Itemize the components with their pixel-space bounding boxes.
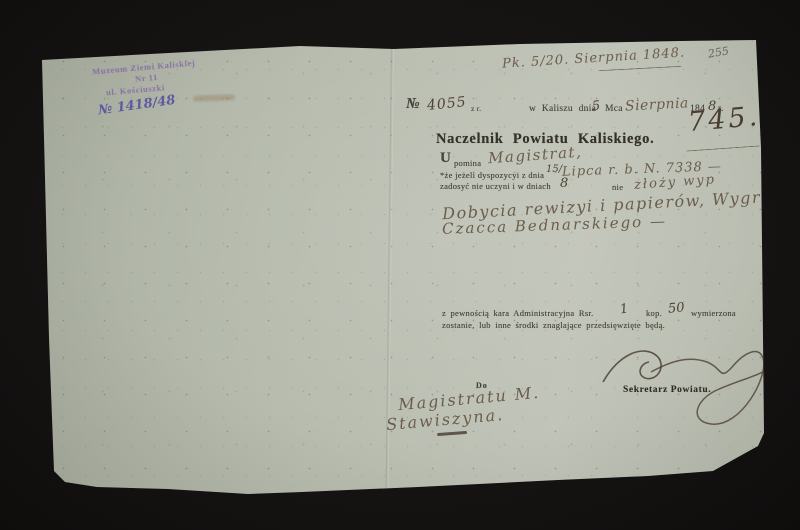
penalty-rubles-written: 1 <box>619 301 629 317</box>
penalty-line1-b: kop. <box>646 308 662 318</box>
month-abbrev: Mca <box>605 104 623 114</box>
body-line2-day-written: 15/ <box>546 164 562 175</box>
body-line3-printed-b: nie <box>612 182 623 192</box>
doc-number-suffix: z r. <box>471 104 481 113</box>
pen-flourish-dash <box>437 431 467 436</box>
penalty-line1-c: wymierzona <box>691 308 736 318</box>
registry-number: 745. <box>687 101 762 138</box>
signer-title: Sekretarz Powiatu. <box>623 385 711 395</box>
doc-number-symbol: № <box>406 96 420 113</box>
upomina-rest: pomina <box>454 158 481 168</box>
month-value-written: Sierpnia <box>625 95 690 114</box>
day-value-written: 5 <box>591 99 601 115</box>
page-number-pencil: 255 <box>707 44 730 60</box>
days-written: 8 <box>560 176 568 191</box>
penalty-line2: zostanie, lub inne środki znaglające prz… <box>442 320 665 330</box>
registry-number-underline <box>686 145 760 151</box>
doc-number-value: 4055 <box>426 94 467 114</box>
place-date-prefix: w Kaliszu dnia <box>529 104 596 114</box>
body-line2-printed: *że jeżeli dyspozycyi z dnia <box>440 170 544 180</box>
scanned-document-photo: Muzeum Ziemi Kaliskiej Nr 11 ul. Kościus… <box>0 0 800 530</box>
ink-smudge <box>193 94 235 101</box>
penalty-line1-a: z pewnością kara Administracyjna Rsr. <box>442 308 594 318</box>
penalty-kopecks-written: 50 <box>667 300 685 316</box>
document-paper: Muzeum Ziemi Kaliskiej Nr 11 ul. Kościus… <box>40 38 768 500</box>
museum-stamp: Muzeum Ziemi Kaliskiej Nr 11 ul. Kościus… <box>92 58 198 100</box>
upomina-initial: U <box>440 150 451 167</box>
received-note-underline <box>598 66 682 71</box>
body-line3-printed-a: zadosyć nie uczyni i w dniach <box>440 181 551 191</box>
